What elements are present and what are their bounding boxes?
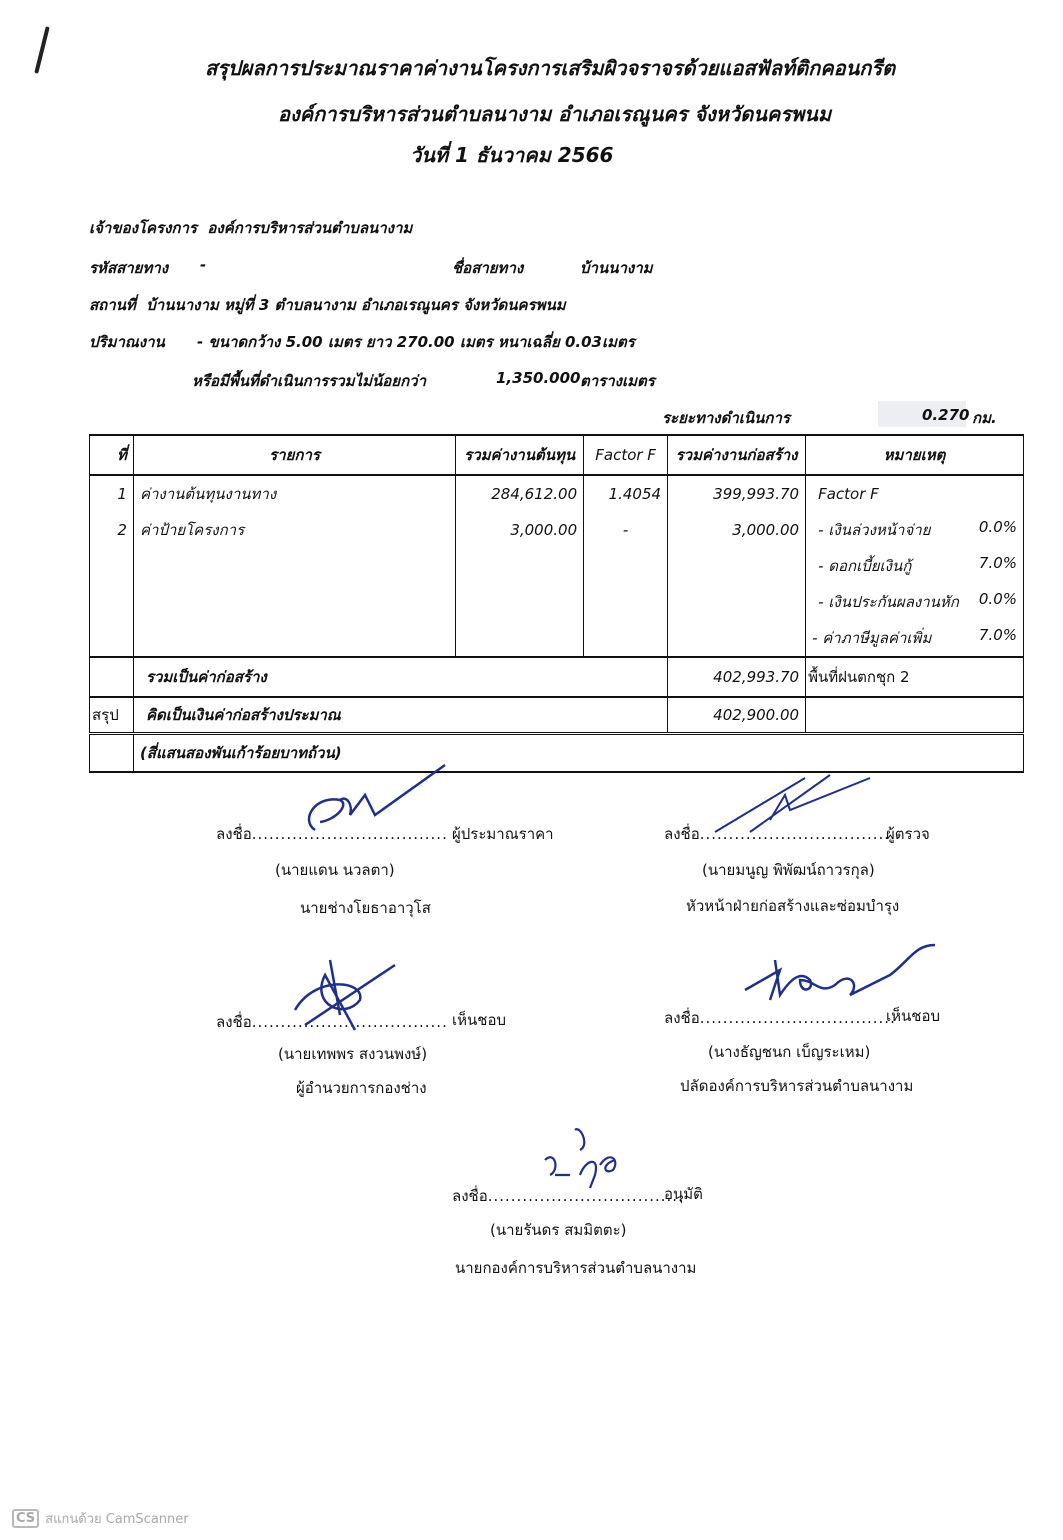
rain-zone: พื้นที่ฝนตกชุก 2 [806,657,1024,697]
remark-value: 7.0% [979,554,1017,578]
row-factor: - [584,512,668,548]
route-name-label: ชื่อสายทาง [452,256,523,280]
signature-mark-director [285,955,405,1035]
route-code-value: - [200,256,206,274]
table-row: 2 ค่าป้ายโครงการ 3,000.00 - 3,000.00 - เ… [90,512,1024,548]
table-row: 1 ค่างานต้นทุนงานทาง 284,612.00 1.4054 3… [90,475,1024,512]
col-header-item: รายการ [133,435,455,475]
quantity-value: - ขนาดกว้าง 5.00 เมตร ยาว 270.00 เมตร หน… [197,330,635,354]
summary-value: 402,900.00 [668,697,806,734]
total-row: รวมเป็นค่าก่อสร้าง 402,993.70 พื้นที่ฝนต… [90,657,1024,697]
row-construction: 399,993.70 [668,475,806,512]
role-inspector: ผู้ตรวจ [886,822,930,846]
name-mayor: (นายรันดร สมมิตตะ) [490,1218,627,1242]
role-deputy: เห็นชอบ [886,1004,940,1028]
position-director: ผู้อำนวยการกองช่าง [296,1076,427,1100]
document-date: วันที่ 1 ธันวาคม 2566 [410,139,613,171]
distance-label: ระยะทางดำเนินการ [662,406,790,430]
row-construction: 3,000.00 [668,512,806,548]
role-director: เห็นชอบ [452,1008,506,1032]
camscanner-logo-icon: CS [12,1509,39,1528]
row-item: ค่าป้ายโครงการ [133,512,455,548]
area-unit: ตารางเมตร [580,369,655,393]
table-header-row: ที่ รายการ รวมค่างานต้นทุน Factor F รวมค… [90,435,1024,475]
sign-label: ลงชื่อ [216,825,252,843]
remark-item: - ค่าภาษีมูลค่าเพิ่ม7.0% [806,620,1024,657]
pen-mark [34,26,49,74]
camscanner-watermark: CS สแกนด้วย CamScanner [12,1508,189,1529]
signature-mark-estimator [295,760,465,840]
sign-label: ลงชื่อ [452,1187,488,1205]
position-deputy: ปลัดองค์การบริหารส่วนตำบลนางาม [680,1074,913,1098]
area-label: หรือมีพื้นที่ดำเนินการรวมไม่น้อยกว่า [192,369,426,393]
owner-value: องค์การบริหารส่วนตำบลนางาม [207,219,412,237]
remark-value: 7.0% [979,626,1017,650]
remark-item: - ดอกเบี้ยเงินกู้7.0% [806,548,1024,584]
remark-label: - ดอกเบี้ยเงินกู้ [818,554,911,578]
position-mayor: นายกองค์การบริหารส่วนตำบลนางาม [455,1256,696,1280]
amount-in-words-row: (สี่แสนสองพันเก้าร้อยบาทถ้วน) [90,734,1024,773]
sign-label: ลงชื่อ [664,1009,700,1027]
watermark-text: สแกนด้วย CamScanner [45,1508,188,1529]
summary-text: คิดเป็นเงินค่าก่อสร้างประมาณ [133,697,667,734]
remarks-title: Factor F [806,475,1024,512]
row-factor: 1.4054 [584,475,668,512]
document-title: สรุปผลการประมาณราคาค่างานโครงการเสริมผิว… [205,52,895,84]
area-value: 1,350.000 [496,369,580,387]
col-header-remarks: หมายเหตุ [806,435,1024,475]
total-label: รวมเป็นค่าก่อสร้าง [133,657,667,697]
remark-label: - เงินล่วงหน้าจ่าย [818,518,930,542]
sign-label: ลงชื่อ [216,1013,252,1031]
row-no: 1 [90,475,134,512]
estimate-table: ที่ รายการ รวมค่างานต้นทุน Factor F รวมค… [89,434,1024,773]
location-line: สถานที่ บ้านนางาม หมู่ที่ 3 ตำบลนางาม อำ… [89,293,566,317]
role-estimator: ผู้ประมาณราคา [452,822,554,846]
table-row-empty: - ค่าภาษีมูลค่าเพิ่ม7.0% [90,620,1024,657]
name-director: (นายเทพพร สงวนพงษ์) [278,1042,427,1066]
total-value: 402,993.70 [668,657,806,697]
summary-row: สรุป คิดเป็นเงินค่าก่อสร้างประมาณ 402,90… [90,697,1024,734]
remark-label: - เงินประกันผลงานหัก [818,590,959,614]
table-row-empty: - เงินประกันผลงานหัก0.0% [90,584,1024,620]
row-cost: 3,000.00 [456,512,584,548]
route-code-label: รหัสสายทาง [89,256,168,280]
signature-mark-inspector [710,770,880,840]
location-value: บ้านนางาม หมู่ที่ 3 ตำบลนางาม อำเภอเรณูน… [146,296,565,314]
remark-label: - ค่าภาษีมูลค่าเพิ่ม [812,626,931,650]
remark-value: 0.0% [979,590,1017,614]
name-inspector: (นายมนูญ พิพัฒน์ถาวรกุล) [702,858,875,882]
position-estimator: นายช่างโยธาอาวุโส [300,896,431,920]
distance-unit: กม. [972,406,997,430]
signature-line-deputy: ลงชื่อ.................................. [664,1006,896,1030]
signature-mark-deputy [740,940,940,1005]
row-item: ค่างานต้นทุนงานทาง [133,475,455,512]
position-inspector: หัวหน้าฝ่ายก่อสร้างและซ่อมบำรุง [686,894,899,918]
row-no: 2 [90,512,134,548]
summary-label: สรุป [90,697,134,734]
remark-item: - เงินล่วงหน้าจ่าย0.0% [806,512,1024,548]
remark-value: 0.0% [979,518,1017,542]
remark-item: - เงินประกันผลงานหัก0.0% [806,584,1024,620]
col-header-no: ที่ [90,435,134,475]
owner-line: เจ้าของโครงการ องค์การบริหารส่วนตำบลนางา… [89,216,412,240]
col-header-cost: รวมค่างานต้นทุน [456,435,584,475]
quantity-label: ปริมาณงาน [89,330,165,354]
location-label: สถานที่ [89,296,136,314]
organization-line: องค์การบริหารส่วนตำบลนางาม อำเภอเรณูนคร … [278,98,831,130]
role-mayor: อนุมัติ [664,1182,703,1206]
sign-label: ลงชื่อ [664,825,700,843]
row-cost: 284,612.00 [456,475,584,512]
name-deputy: (นางธัญชนก เบ็ญระเหม) [708,1040,870,1064]
col-header-factor: Factor F [584,435,668,475]
col-header-construction: รวมค่างานก่อสร้าง [668,435,806,475]
route-name-value: บ้านนางาม [580,256,653,280]
name-estimator: (นายแดน นวลตา) [275,858,395,882]
amount-in-words: (สี่แสนสองพันเก้าร้อยบาทถ้วน) [133,734,1023,773]
distance-value: 0.270 [922,406,969,424]
signature-mark-mayor [535,1120,635,1190]
table-row-empty: - ดอกเบี้ยเงินกู้7.0% [90,548,1024,584]
owner-label: เจ้าของโครงการ [89,219,197,237]
